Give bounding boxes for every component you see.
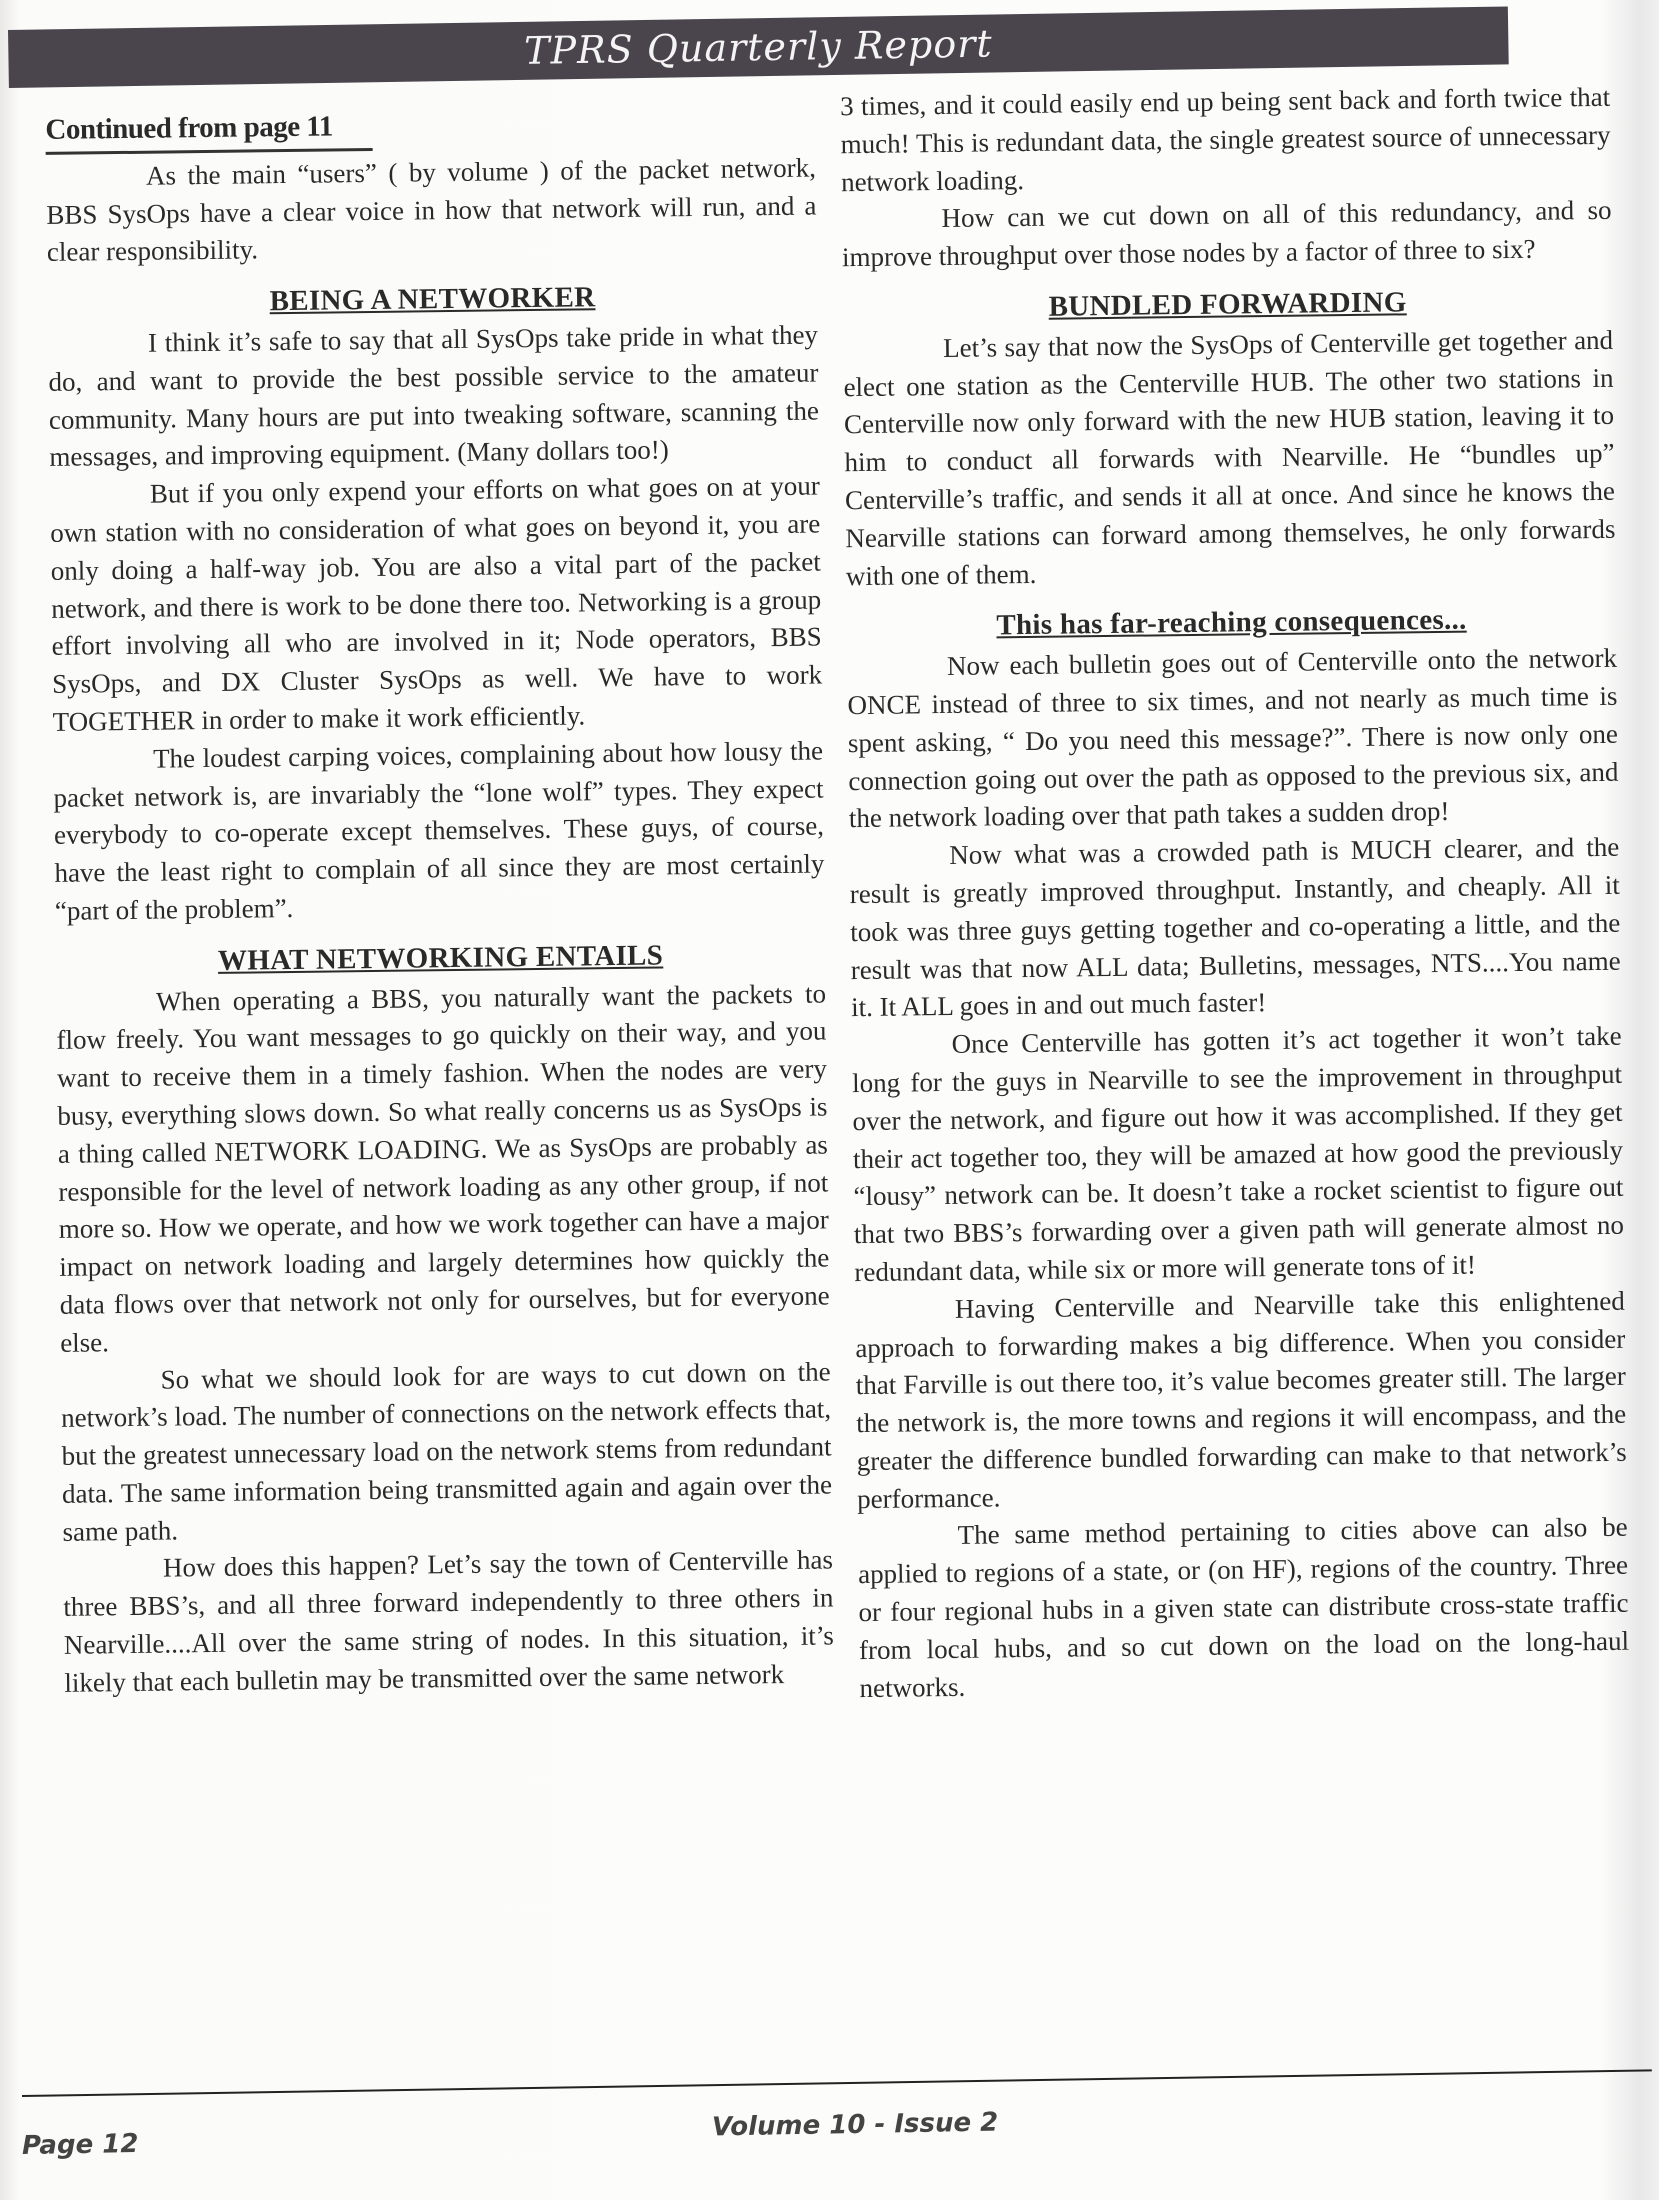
paragraph: The same method pertaining to cities abo… — [857, 1509, 1629, 1707]
intro-paragraph: As the main “users” ( by volume ) of the… — [46, 149, 817, 272]
section-heading-bundled-forwarding: BUNDLED FORWARDING — [842, 282, 1612, 329]
section-heading-being-a-networker: BEING A NETWORKER — [47, 277, 817, 324]
paragraph: Having Centerville and Nearville take th… — [855, 1282, 1628, 1518]
paragraph: How can we cut down on all of this redun… — [841, 192, 1612, 277]
masthead-title: TPRS Quarterly Report — [524, 22, 993, 73]
page-number: Page 12 — [22, 2129, 139, 2161]
newsletter-page: TPRS Quarterly Report Continued from pag… — [0, 0, 1659, 2200]
paragraph: When operating a BBS, you naturally want… — [56, 975, 831, 1362]
issue-label: Volume 10 - Issue 2 — [712, 2108, 999, 2143]
paragraph: Let’s say that now the SysOps of Centerv… — [843, 322, 1616, 596]
section-heading-far-reaching-consequences: This has far-reaching consequences... — [846, 600, 1616, 647]
left-column: Continued from page 11 As the main “user… — [45, 103, 834, 1703]
masthead-banner: TPRS Quarterly Report — [8, 6, 1509, 88]
section-heading-what-networking-entails: WHAT NETWORKING ENTAILS — [55, 935, 825, 982]
paragraph: So what we should look for are ways to c… — [60, 1353, 832, 1551]
paragraph: How does this happen? Let’s say the town… — [63, 1542, 835, 1703]
paragraph: Now each bulletin goes out of Centervill… — [847, 640, 1619, 838]
paragraph: Now what was a crowded path is MUCH clea… — [849, 829, 1621, 1027]
paragraph: I think it’s safe to say that all SysOps… — [48, 316, 820, 477]
article-columns: Continued from page 11 As the main “user… — [40, 79, 1644, 2058]
paragraph: But if you only expend your efforts on w… — [50, 468, 823, 742]
paragraph: Once Centerville has gotten it’s act tog… — [851, 1018, 1624, 1292]
right-column: 3 times, and it could easily end up bein… — [840, 79, 1630, 1708]
paragraph: The loudest carping voices, complaining … — [53, 732, 825, 930]
paragraph: 3 times, and it could easily end up bein… — [840, 79, 1611, 202]
continued-from-label: Continued from page 11 — [45, 108, 373, 155]
footer-divider — [22, 2069, 1652, 2097]
